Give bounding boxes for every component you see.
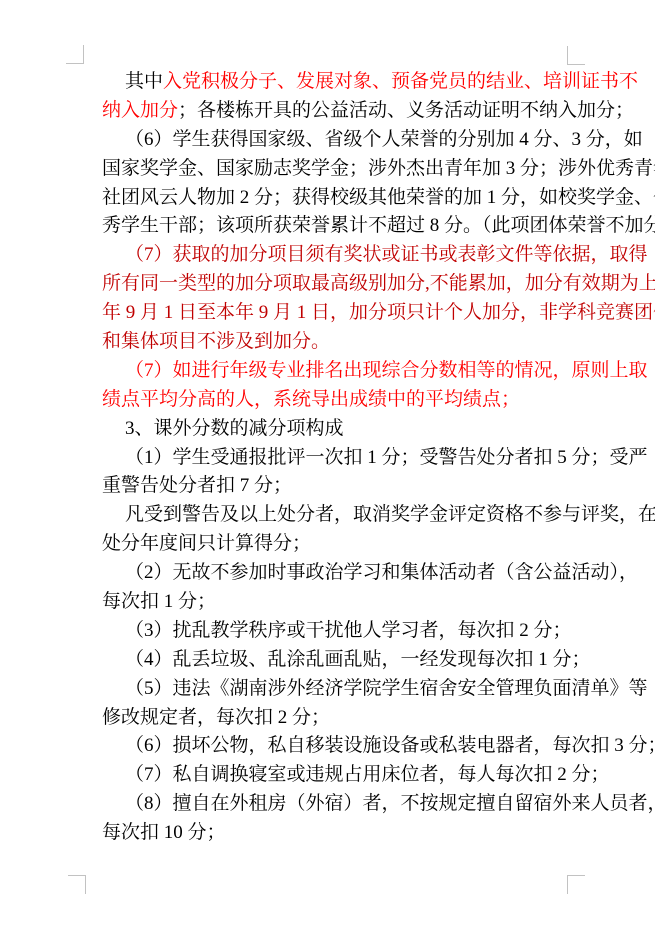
text-line: （8）擅自在外租房（外宿）者，不按规定擅自留宿外来人员者，	[102, 790, 587, 819]
text-line: 秀学生干部；该项所获荣誉累计不超过 8 分。（此项团体荣誉不加分）	[102, 212, 587, 241]
text-run-black: （6）损坏公物，私自移装设施设备或私装电器者，每次扣 3 分；	[125, 735, 655, 756]
text-line: 绩点平均分高的人，系统导出成绩中的平均绩点；	[102, 386, 587, 415]
text-line: （4）乱丢垃圾、乱涂乱画乱贴，一经发现每次扣 1 分；	[102, 646, 587, 675]
text-line: （3）扰乱教学秩序或干扰他人学习者，每次扣 2 分；	[102, 617, 587, 646]
text-line: （7）如进行年级专业排名出现综合分数相等的情况，原则上取	[102, 357, 587, 386]
text-run-black: 重警告处分者扣 7 分；	[102, 475, 292, 496]
text-run-darkred: 所有同一类型的加分项取最高级别加分,不能累加，加分有效期为上	[102, 273, 655, 294]
text-run-darkred: 年 9 月 1 日至本年 9 月 1 日，加分项只计个人加分，非学科竞赛团体	[102, 302, 655, 323]
text-run-black: ；各楼栋开具的公益活动、义务活动证明不纳入加分；	[178, 100, 634, 121]
text-line: 纳入加分；各楼栋开具的公益活动、义务活动证明不纳入加分；	[102, 97, 587, 126]
text-line: 社团风云人物加 2 分；获得校级其他荣誉的加 1 分，如校奖学金、优	[102, 184, 587, 213]
text-run-red: （7）如进行年级专业排名出现综合分数相等的情况，原则上取	[125, 360, 648, 381]
crop-mark-top-left	[66, 45, 84, 64]
crop-mark-bottom-right	[567, 875, 585, 894]
text-run-black: （7）私自调换寝室或违规占用床位者，每人每次扣 2 分；	[125, 764, 610, 785]
text-run-red: 纳入加分	[102, 100, 178, 121]
text-run-black: （4）乱丢垃圾、乱涂乱画乱贴，一经发现每次扣 1 分；	[125, 649, 591, 670]
text-run-black: （3）扰乱教学秩序或干扰他人学习者，每次扣 2 分；	[125, 620, 572, 641]
text-line: （2）无故不参加时事政治学习和集体活动者（含公益活动），	[102, 559, 587, 588]
text-run-red: 入党积极分子、发展对象、预备党员的结业、培训证书不	[163, 71, 638, 92]
text-line: 修改规定者，每次扣 2 分；	[102, 704, 587, 733]
text-line: 和集体项目不涉及到加分。	[102, 328, 587, 357]
text-run-darkred: （7）获取的加分项目须有奖状或证书或表彰文件等依据，取得	[125, 244, 648, 265]
text-line: 所有同一类型的加分项取最高级别加分,不能累加，加分有效期为上	[102, 270, 587, 299]
text-run-black: （8）擅自在外租房（外宿）者，不按规定擅自留宿外来人员者，	[125, 793, 655, 814]
text-line: （1）学生受通报批评一次扣 1 分；受警告处分者扣 5 分；受严	[102, 444, 587, 473]
text-line: 凡受到警告及以上处分者，取消奖学金评定资格不参与评奖，在	[102, 501, 587, 530]
text-run-black: 其中	[125, 71, 163, 92]
text-run-black: 国家奖学金、国家励志奖学金；涉外杰出青年加 3 分；涉外优秀青年、	[102, 158, 655, 179]
text-run-black: 处分年度间只计算得分；	[102, 533, 311, 554]
text-run-black: 修改规定者，每次扣 2 分；	[102, 707, 330, 728]
text-run-black: （6）学生获得国家级、省级个人荣誉的分别加 4 分、3 分，如	[125, 129, 643, 150]
text-run-black: 凡受到警告及以上处分者，取消奖学金评定资格不参与评奖，在	[125, 504, 655, 525]
text-run-black: 秀学生干部；该项所获荣誉累计不超过 8 分。（此项团体荣誉不加分）	[102, 215, 655, 236]
text-run-darkred: 和集体项目不涉及到加分。	[102, 331, 330, 352]
text-line: 每次扣 10 分；	[102, 819, 587, 848]
text-run-black: （5）违法《湖南涉外经济学院学生宿舍安全管理负面清单》等	[125, 678, 648, 699]
text-run-red: 绩点平均分高的人，系统导出成绩中的平均绩点；	[102, 389, 520, 410]
crop-mark-bottom-left	[68, 875, 86, 894]
text-line: 国家奖学金、国家励志奖学金；涉外杰出青年加 3 分；涉外优秀青年、	[102, 155, 587, 184]
text-line: （6）损坏公物，私自移装设施设备或私装电器者，每次扣 3 分；	[102, 732, 587, 761]
document-page: 其中入党积极分子、发展对象、预备党员的结业、培训证书不纳入加分；各楼栋开具的公益…	[0, 0, 655, 940]
text-run-black: 每次扣 10 分；	[102, 822, 226, 843]
text-line: 3、课外分数的减分项构成	[102, 415, 587, 444]
text-run-black: （1）学生受通报批评一次扣 1 分；受警告处分者扣 5 分；受严	[125, 447, 648, 468]
text-line: 每次扣 1 分；	[102, 588, 587, 617]
text-run-black: 社团风云人物加 2 分；获得校级其他荣誉的加 1 分，如校奖学金、优	[102, 187, 655, 208]
text-line: （5）违法《湖南涉外经济学院学生宿舍安全管理负面清单》等	[102, 675, 587, 704]
text-line: 重警告处分者扣 7 分；	[102, 472, 587, 501]
text-run-black: 3、课外分数的减分项构成	[125, 418, 344, 439]
text-line: （6）学生获得国家级、省级个人荣誉的分别加 4 分、3 分，如	[102, 126, 587, 155]
text-line: （7）获取的加分项目须有奖状或证书或表彰文件等依据，取得	[102, 241, 587, 270]
crop-mark-top-right	[567, 46, 585, 65]
text-line: 处分年度间只计算得分；	[102, 530, 587, 559]
text-line: 其中入党积极分子、发展对象、预备党员的结业、培训证书不	[102, 68, 587, 97]
text-line: 年 9 月 1 日至本年 9 月 1 日，加分项只计个人加分，非学科竞赛团体	[102, 299, 587, 328]
text-run-black: 每次扣 1 分；	[102, 591, 216, 612]
text-line: （7）私自调换寝室或违规占用床位者，每人每次扣 2 分；	[102, 761, 587, 790]
document-text: 其中入党积极分子、发展对象、预备党员的结业、培训证书不纳入加分；各楼栋开具的公益…	[102, 68, 587, 848]
text-run-black: （2）无故不参加时事政治学习和集体活动者（含公益活动），	[125, 562, 638, 583]
